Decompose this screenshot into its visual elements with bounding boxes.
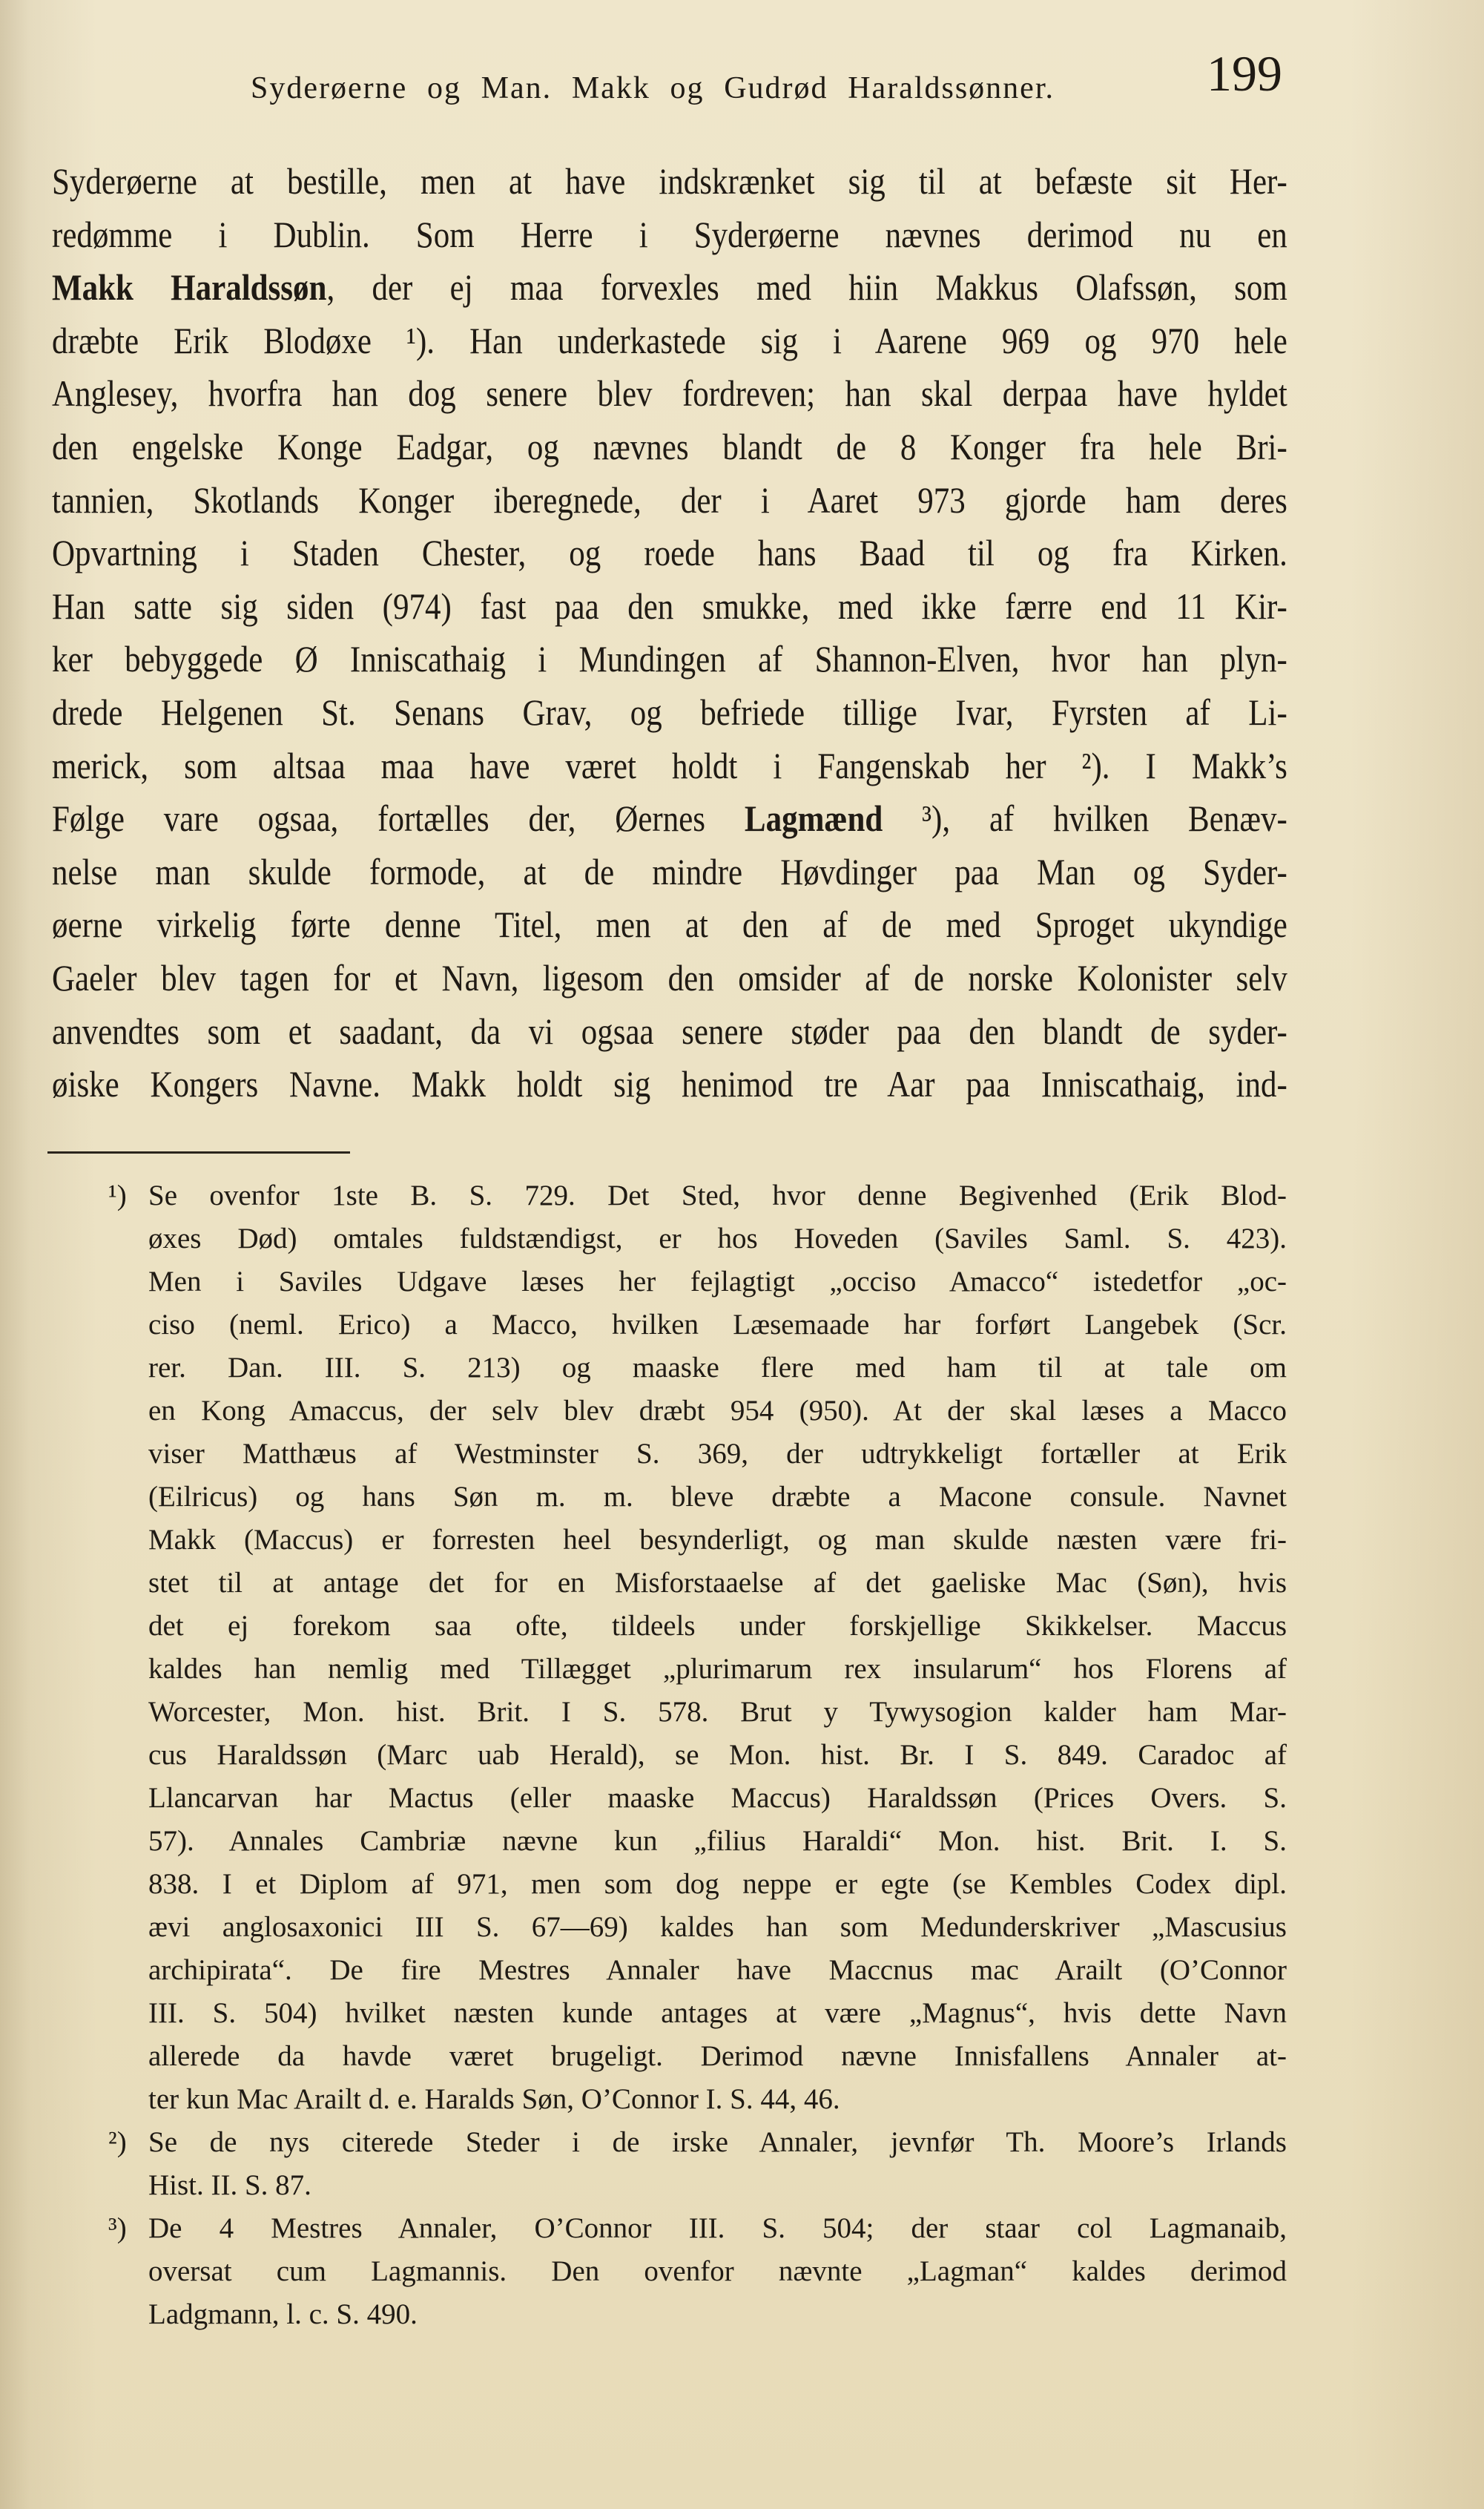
footnote-line: ter kun Mac Arailt d. e. Haralds Søn, O’… [148, 2078, 1287, 2121]
running-head-title: Syderøerne og Man. Makk og Gudrød Harald… [251, 70, 1055, 107]
footnote-separator-rule [47, 1151, 350, 1154]
footnote-line: ævi anglosaxonici III S. 67—69) kaldes h… [148, 1906, 1287, 1949]
footnote-marker: ²) [108, 2121, 127, 2164]
body-line: redømme i Dublin. Som Herre i Syderøerne… [52, 208, 1287, 262]
footnote-line: stet til at antage det for en Misforstaa… [148, 1562, 1287, 1605]
body-line: Opvartning i Staden Chester, og roede ha… [52, 527, 1287, 580]
body-line-text: ³), af hvilken Benæv- [883, 798, 1287, 839]
footnote-line: øxes Død) omtales fuldstændigst, er hos … [148, 1217, 1287, 1260]
footnote-line: ciso (neml. Erico) a Macco, hvilken Læse… [148, 1303, 1287, 1346]
footnote-line: cus Haraldssøn (Marc uab Herald), se Mon… [148, 1734, 1287, 1777]
footnote-line: allerede da havde været brugeligt. Derim… [148, 2035, 1287, 2078]
footnote-marker: ¹) [108, 1174, 127, 1217]
footnote-line: Makk (Maccus) er forresten heel besynder… [148, 1519, 1287, 1562]
body-line: ker bebyggede Ø Inniscathaig i Mundingen… [52, 633, 1287, 686]
footnote-line: Men i Saviles Udgave læses her fejlagtig… [148, 1260, 1287, 1303]
footnote-line: Hist. II. S. 87. [148, 2164, 1287, 2207]
footnote-line: Llancarvan har Mactus (eller maaske Macc… [148, 1777, 1287, 1820]
body-line: anvendtes som et saadant, da vi ogsaa se… [52, 1005, 1287, 1059]
bold-term: Lagmænd [745, 798, 883, 839]
body-line: den engelske Konge Eadgar, og nævnes bla… [52, 421, 1287, 474]
main-text-block: Syderøerne at bestille, men at have inds… [52, 155, 1287, 1111]
footnote-line: Ladgmann, l. c. S. 490. [148, 2293, 1287, 2336]
bold-name: Makk Haraldssøn [52, 266, 326, 308]
footnote-line: en Kong Amaccus, der selv blev dræbt 954… [148, 1390, 1287, 1433]
footnote-3: ³) De 4 Mestres Annaler, O’Connor III. S… [148, 2207, 1287, 2336]
footnote-line: kaldes han nemlig med Tillægget „plurima… [148, 1648, 1287, 1691]
book-page: Syderøerne og Man. Makk og Gudrød Harald… [0, 0, 1484, 2509]
footnote-2: ²) Se de nys citerede Steder i de irske … [148, 2121, 1287, 2207]
body-line: øerne virkelig førte denne Titel, men at… [52, 898, 1287, 952]
body-line: drede Helgenen St. Senans Grav, og befri… [52, 686, 1287, 740]
footnotes-block: ¹) Se ovenfor 1ste B. S. 729. Det Sted, … [148, 1174, 1287, 2336]
body-line: Følge vare ogsaa, fortælles der, Øernes … [52, 792, 1287, 846]
footnote-line: 57). Annales Cambriæ nævne kun „filius H… [148, 1820, 1287, 1863]
footnote-1: ¹) Se ovenfor 1ste B. S. 729. Det Sted, … [148, 1174, 1287, 2121]
body-line: Anglesey, hvorfra han dog senere blev fo… [52, 367, 1287, 421]
footnote-line: (Eilricus) og hans Søn m. m. bleve dræbt… [148, 1476, 1287, 1519]
footnote-line: 838. I et Diplom af 971, men som dog nep… [148, 1863, 1287, 1906]
body-line-text: Følge vare ogsaa, fortælles der, Øernes [52, 798, 745, 839]
footnote-line: rer. Dan. III. S. 213) og maaske flere m… [148, 1346, 1287, 1390]
page-number: 199 [1172, 44, 1282, 103]
body-line: Syderøerne at bestille, men at have inds… [52, 155, 1287, 208]
footnote-line: Se de nys citerede Steder i de irske Ann… [148, 2121, 1287, 2164]
body-line: Gaeler blev tagen for et Navn, ligesom d… [52, 952, 1287, 1005]
body-line: tannien, Skotlands Konger iberegnede, de… [52, 474, 1287, 527]
body-line: Makk Haraldssøn, der ej maa forvexles me… [52, 261, 1287, 315]
body-line: merick, som altsaa maa have været holdt … [52, 740, 1287, 793]
footnote-line: det ej forekom saa ofte, tildeels under … [148, 1605, 1287, 1648]
body-line: dræbte Erik Blodøxe ¹). Han underkastede… [52, 315, 1287, 368]
footnote-line: viser Matthæus af Westminster S. 369, de… [148, 1433, 1287, 1476]
body-line: Han satte sig siden (974) fast paa den s… [52, 580, 1287, 634]
footnote-line: Worcester, Mon. hist. Brit. I S. 578. Br… [148, 1691, 1287, 1734]
footnote-line: oversat cum Lagmannis. Den ovenfor nævnt… [148, 2250, 1287, 2293]
footnote-line: archipirata“. De fire Mestres Annaler ha… [148, 1949, 1287, 1992]
footnote-marker: ³) [108, 2207, 127, 2250]
footnote-line: De 4 Mestres Annaler, O’Connor III. S. 5… [148, 2207, 1287, 2250]
body-line: øiske Kongers Navne. Makk holdt sig heni… [52, 1058, 1287, 1111]
footnote-line: III. S. 504) hvilket næsten kunde antage… [148, 1992, 1287, 2035]
body-line: nelse man skulde formode, at de mindre H… [52, 846, 1287, 899]
footnote-line: Se ovenfor 1ste B. S. 729. Det Sted, hvo… [148, 1174, 1287, 1217]
body-line-text: , der ej maa forvexles med hiin Makkus O… [326, 266, 1287, 308]
